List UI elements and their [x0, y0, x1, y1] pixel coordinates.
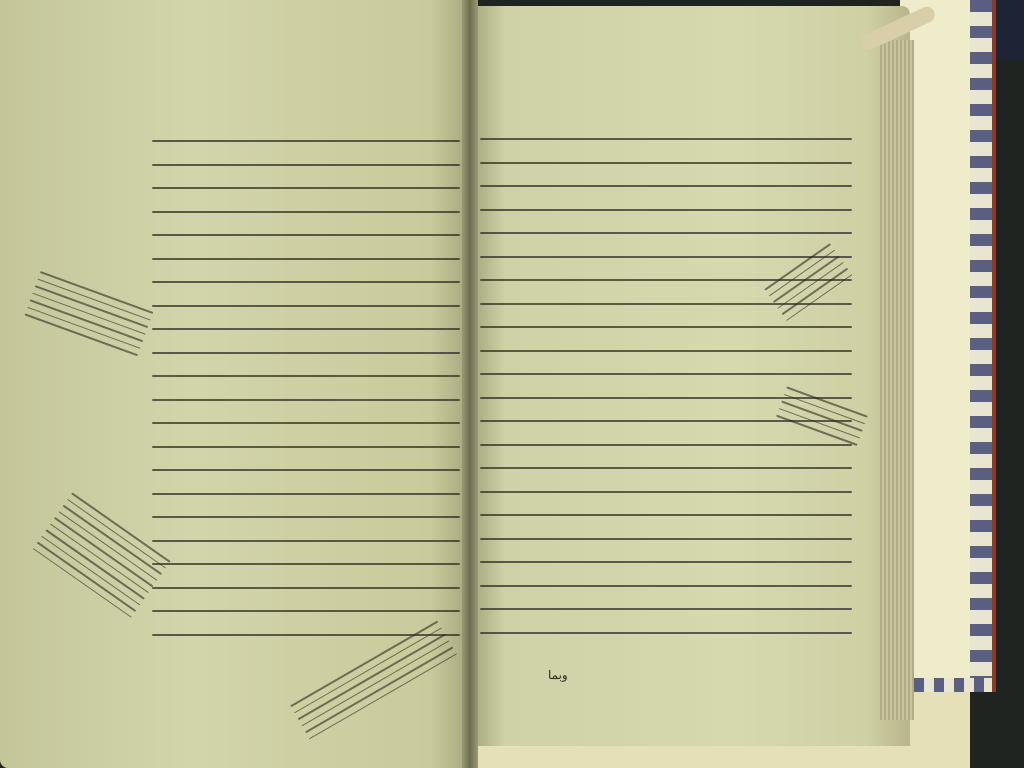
catchword: وبما — [548, 668, 568, 682]
book-gutter — [462, 0, 478, 768]
page-edges — [880, 40, 914, 720]
cover-decorative-border — [970, 0, 992, 692]
cover-bottom-border — [914, 678, 992, 692]
left-page-text — [152, 140, 460, 657]
book-cover — [900, 0, 996, 692]
